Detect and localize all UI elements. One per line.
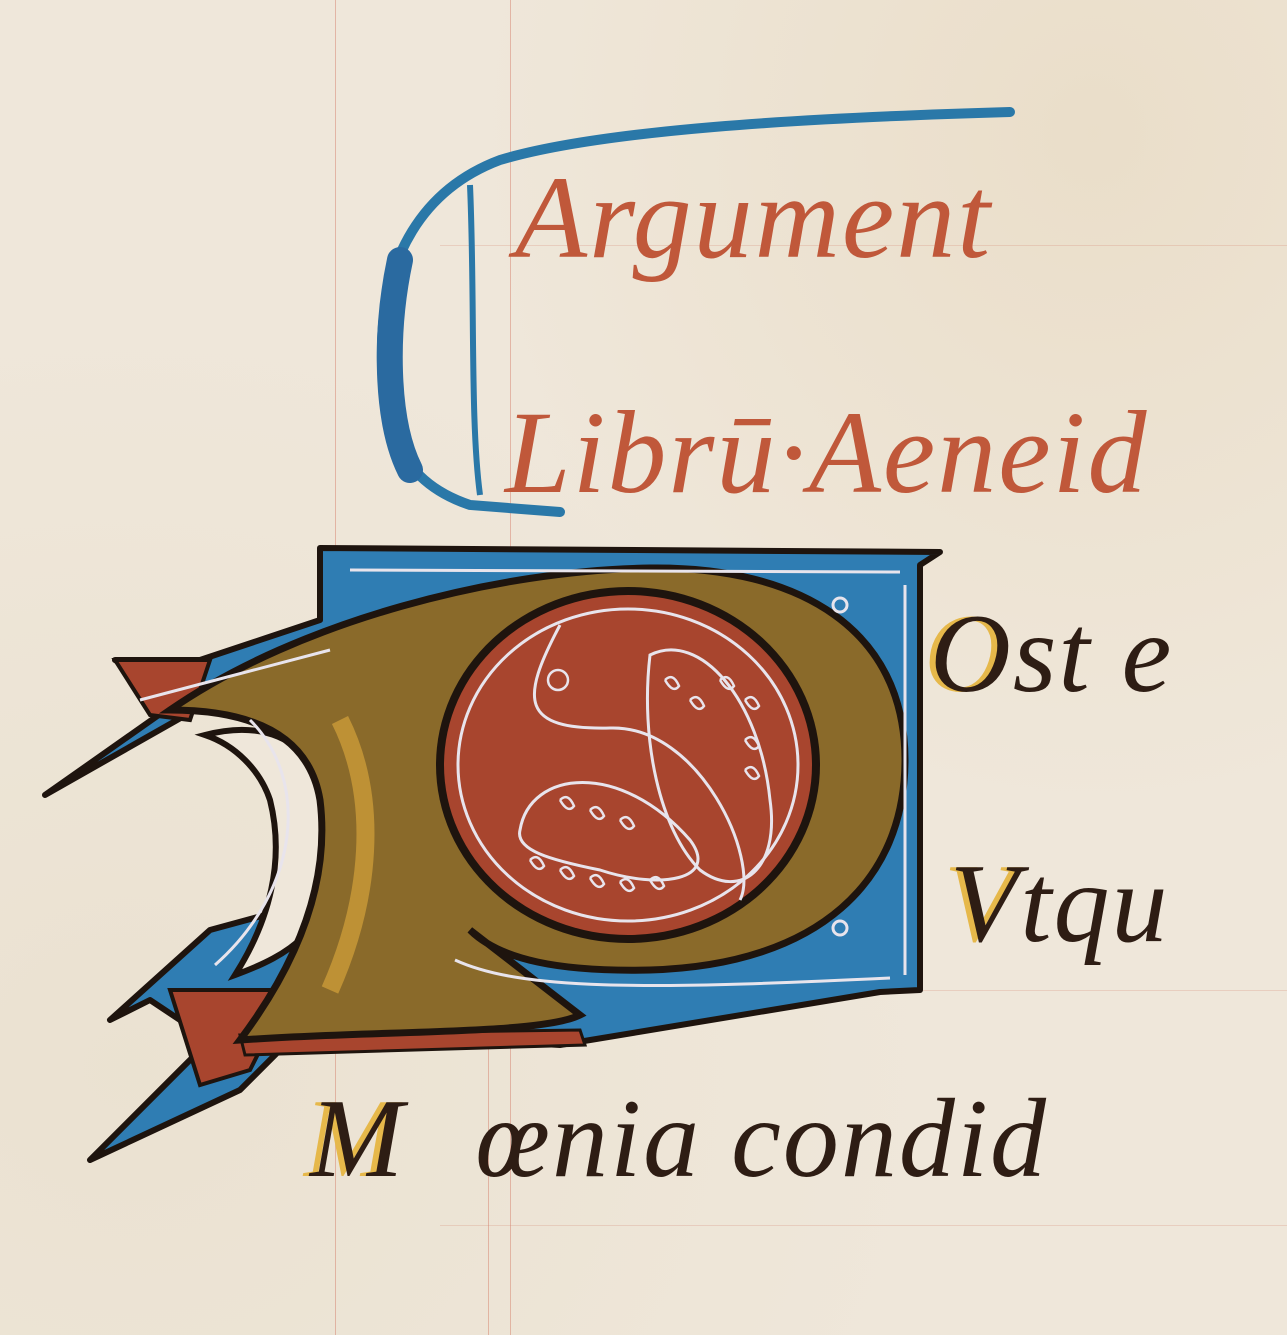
gold-touched-capital: O [930,592,1013,716]
gold-touched-capital: V [950,842,1020,966]
text-line-2: Vtqu [950,840,1170,969]
gold-touched-capital: M [310,1077,405,1201]
text-line-3: Mœnia condid [310,1075,1048,1204]
text-line-1: Ost e [930,590,1173,719]
manuscript-page: Argument Librū·Aeneid [0,0,1287,1335]
